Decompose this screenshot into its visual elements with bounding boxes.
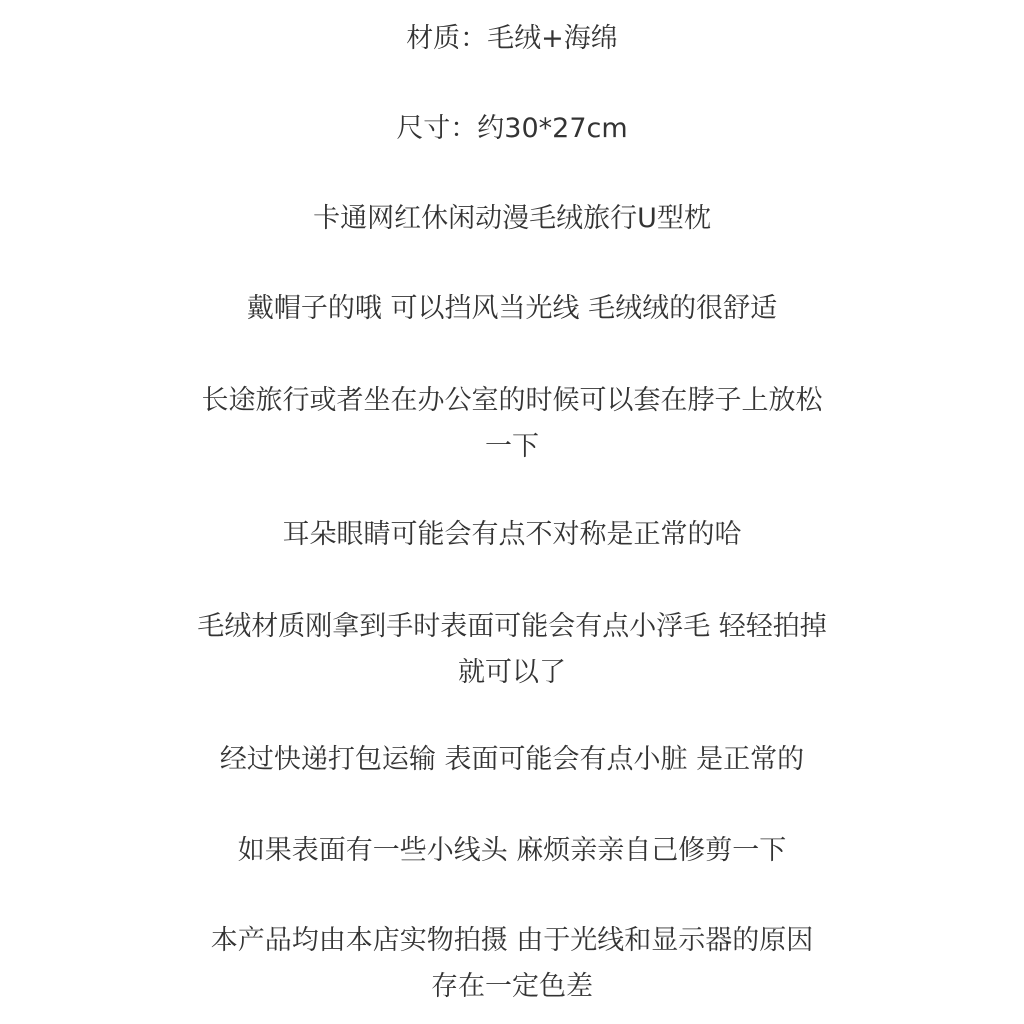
usage-line: 长途旅行或者坐在办公室的时候可以套在脖子上放松 一下: [0, 378, 1024, 470]
material-line: 材质：毛绒+海绵: [0, 16, 1024, 62]
fluff-note: 毛绒材质刚拿到手时表面可能会有点小浮毛 轻轻拍掉 就可以了: [0, 604, 1024, 696]
text-line: 卡通网红休闲动漫毛绒旅行U型枕: [0, 196, 1024, 242]
text-line: 就可以了: [0, 650, 1024, 696]
text-line: 戴帽子的哦 可以挡风当光线 毛绒绒的很舒适: [0, 286, 1024, 332]
product-description: 材质：毛绒+海绵 尺寸：约30*27cm 卡通网红休闲动漫毛绒旅行U型枕 戴帽子…: [0, 0, 1024, 1024]
text-line: 材质：毛绒+海绵: [0, 16, 1024, 62]
text-line: 如果表面有一些小线头 麻烦亲亲自己修剪一下: [0, 828, 1024, 874]
size-line: 尺寸：约30*27cm: [0, 106, 1024, 152]
color-difference-note: 本产品均由本店实物拍摄 由于光线和显示器的原因 存在一定色差: [0, 918, 1024, 1010]
shipping-note: 经过快递打包运输 表面可能会有点小脏 是正常的: [0, 737, 1024, 783]
product-name-line: 卡通网红休闲动漫毛绒旅行U型枕: [0, 196, 1024, 242]
text-line: 一下: [0, 424, 1024, 470]
text-line: 本产品均由本店实物拍摄 由于光线和显示器的原因: [0, 918, 1024, 964]
text-line: 毛绒材质刚拿到手时表面可能会有点小浮毛 轻轻拍掉: [0, 604, 1024, 650]
text-line: 耳朵眼睛可能会有点不对称是正常的哈: [0, 512, 1024, 558]
symmetry-note: 耳朵眼睛可能会有点不对称是正常的哈: [0, 512, 1024, 558]
text-line: 存在一定色差: [0, 964, 1024, 1010]
feature-line: 戴帽子的哦 可以挡风当光线 毛绒绒的很舒适: [0, 286, 1024, 332]
thread-note: 如果表面有一些小线头 麻烦亲亲自己修剪一下: [0, 828, 1024, 874]
text-line: 尺寸：约30*27cm: [0, 106, 1024, 152]
text-line: 经过快递打包运输 表面可能会有点小脏 是正常的: [0, 737, 1024, 783]
text-line: 长途旅行或者坐在办公室的时候可以套在脖子上放松: [0, 378, 1024, 424]
